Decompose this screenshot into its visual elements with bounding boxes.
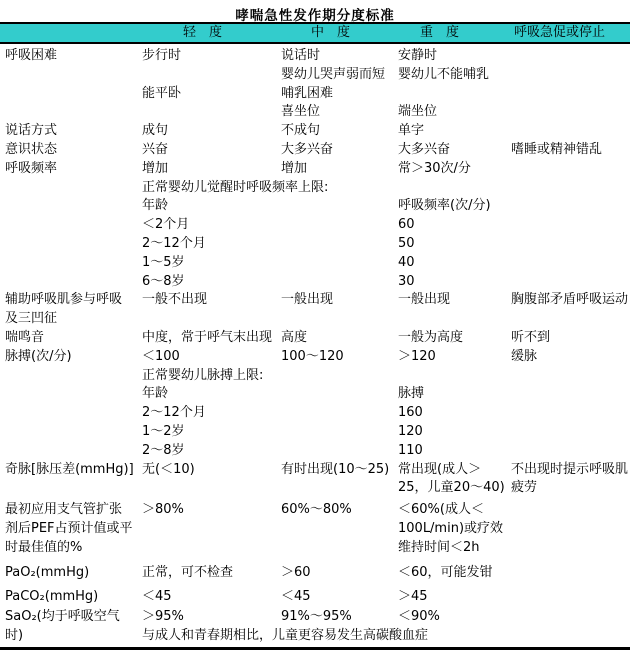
column-header-mild: 轻 度: [142, 23, 281, 43]
cell-line: ＜60%(成人＜: [398, 501, 511, 520]
table-cell: 增加正常婴幼儿觉醒时呼吸频率上限:年龄＜2个月2～12个月1～5岁6～8岁: [142, 160, 281, 292]
cell-line: 听不到: [511, 329, 630, 348]
table-row: 意识状态兴奋大多兴奋大多兴奋嗜睡或精神错乱: [0, 141, 630, 160]
table-row: 辅助呼吸肌参与呼吸及三凹征一般不出现一般出现一般出现胸腹部矛盾呼吸运动: [0, 291, 630, 329]
cell-line: 及三凹征: [5, 310, 142, 329]
table-cell: [511, 582, 630, 607]
table-cell: 单字: [398, 122, 511, 141]
cell-line: 2～12个月: [142, 235, 281, 254]
cell-line: ＜100: [142, 348, 281, 367]
table-cell: 一般不出现: [142, 291, 281, 329]
cell-line: 正常，可不检查: [142, 564, 281, 583]
cell-line: 奇脉[脉压差(mmHg)]: [5, 461, 142, 480]
cell-line: [398, 367, 511, 386]
cell-line: [398, 179, 511, 198]
table-cell: 有时出现(10～25): [281, 461, 398, 499]
cell-line: ＜45: [281, 588, 398, 607]
cell-line: 一般出现: [281, 291, 398, 310]
cell-line: 160: [398, 404, 511, 423]
cell-line: 一般不出现: [142, 291, 281, 310]
cell-line: 60%～80%: [281, 501, 398, 520]
cell-line: 120: [398, 423, 511, 442]
column-header-respiratory-arrest: 呼吸急促或停止: [511, 23, 630, 43]
table-cell: 常＞30次/分呼吸频率(次/分)60504030: [398, 160, 511, 292]
document-page: 哮喘急性发作期分度标准 轻 度 中 度 重 度 呼吸急促或停止 呼吸困难步行时能…: [0, 0, 630, 651]
column-header-moderate: 中 度: [281, 23, 398, 43]
row-label-cell: 喘鸣音: [0, 329, 142, 348]
cell-line: 年龄: [142, 197, 281, 216]
bottom-rule: [0, 647, 630, 650]
table-cell: ＞95%与成人和青春期相比，儿童更容易发生高碳酸血症: [142, 607, 281, 646]
table-cell: ＞45: [398, 582, 511, 607]
table-cell: 不出现时提示呼吸肌疲劳: [511, 461, 630, 499]
table-cell: 安静时婴幼儿不能哺乳端坐位: [398, 43, 511, 122]
cell-line: 意识状态: [5, 141, 142, 160]
table-row: 脉搏(次/分)＜100正常婴幼儿脉搏上限:年龄2～12个月1～2岁2～8岁100…: [0, 348, 630, 461]
cell-line: 能平卧: [142, 85, 281, 104]
cell-line: [142, 66, 281, 85]
table-cell: 中度，常于呼气末出现: [142, 329, 281, 348]
cell-line: 91%～95%: [281, 608, 398, 627]
table-cell: 高度: [281, 329, 398, 348]
cell-line: 1～5岁: [142, 254, 281, 273]
table-row: 呼吸频率增加正常婴幼儿觉醒时呼吸频率上限:年龄＜2个月2～12个月1～5岁6～8…: [0, 160, 630, 292]
cell-line: 单字: [398, 122, 511, 141]
row-label-cell: 最初应用支气管扩张剂后PEF占预计值或平时最佳值的%: [0, 498, 142, 557]
cell-line: 100L/min)或疗效: [398, 520, 511, 539]
table-cell: [511, 498, 630, 557]
table-cell: 一般出现: [398, 291, 511, 329]
cell-line: 大多兴奋: [281, 141, 398, 160]
table-cell: 大多兴奋: [281, 141, 398, 160]
cell-line: 常出现(成人＞: [398, 461, 511, 480]
cell-line: 喘鸣音: [5, 329, 142, 348]
table-cell: 成句: [142, 122, 281, 141]
cell-line: 40: [398, 254, 511, 273]
cell-line: 6～8岁: [142, 273, 281, 292]
table-cell: 大多兴奋: [398, 141, 511, 160]
cell-line: PaO₂(mmHg): [5, 564, 142, 583]
cell-line: 年龄: [142, 385, 281, 404]
table-cell: 听不到: [511, 329, 630, 348]
cell-line: 无(＜10): [142, 461, 281, 480]
cell-line: 端坐位: [398, 103, 511, 122]
table-row: PaO₂(mmHg)正常，可不检查＞60＜60，可能发钳: [0, 558, 630, 583]
cell-line: 婴幼儿哭声弱而短: [281, 66, 398, 85]
row-label-cell: 说话方式: [0, 122, 142, 141]
cell-line: 有时出现(10～25): [281, 461, 398, 480]
cell-line: 维持时间＜2h: [398, 539, 511, 558]
table-cell: [511, 43, 630, 122]
table-cell: 嗜睡或精神错乱: [511, 141, 630, 160]
cell-line: 2～8岁: [142, 442, 281, 461]
cell-line: 说话方式: [5, 122, 142, 141]
table-header-row: 轻 度 中 度 重 度 呼吸急促或停止: [0, 23, 630, 43]
cell-line: 最初应用支气管扩张: [5, 501, 142, 520]
cell-line: 不成句: [281, 122, 398, 141]
table-row: PaCO₂(mmHg)＜45＜45＞45: [0, 582, 630, 607]
table-cell: 不成句: [281, 122, 398, 141]
cell-line: 哺乳困难: [281, 85, 398, 104]
cell-line: 脉搏: [398, 385, 511, 404]
table-cell: 60%～80%: [281, 498, 398, 557]
row-label-cell: 辅助呼吸肌参与呼吸及三凹征: [0, 291, 142, 329]
cell-line: 正常婴幼儿觉醒时呼吸频率上限:: [142, 179, 281, 198]
cell-line: 呼吸频率: [5, 160, 142, 179]
table-cell: 兴奋: [142, 141, 281, 160]
cell-line: 高度: [281, 329, 398, 348]
row-label-cell: 意识状态: [0, 141, 142, 160]
table-cell: ＜45: [142, 582, 281, 607]
cell-line: 增加: [142, 160, 281, 179]
cell-line: 60: [398, 216, 511, 235]
cell-line: 100～120: [281, 348, 398, 367]
cell-line: 时最佳值的%: [5, 539, 142, 558]
table-row: 喘鸣音中度，常于呼气末出现高度一般为高度听不到: [0, 329, 630, 348]
cell-line: 中度，常于呼气末出现: [142, 329, 281, 348]
cell-line: PaCO₂(mmHg): [5, 588, 142, 607]
cell-line: 喜坐位: [281, 103, 398, 122]
table-row: 奇脉[脉压差(mmHg)]无(＜10)有时出现(10～25)常出现(成人＞25，…: [0, 461, 630, 499]
table-cell: ＜60，可能发钳: [398, 558, 511, 583]
grading-table: 轻 度 中 度 重 度 呼吸急促或停止 呼吸困难步行时能平卧说话时婴幼儿哭声弱而…: [0, 22, 630, 646]
cell-line: ＞60: [281, 564, 398, 583]
cell-line: 疲劳: [511, 479, 630, 498]
cell-line: 缓脉: [511, 348, 630, 367]
cell-line: [398, 85, 511, 104]
cell-line: 说话时: [281, 47, 398, 66]
cell-line: 步行时: [142, 47, 281, 66]
table-cell: ＞80%: [142, 498, 281, 557]
row-label-cell: 呼吸频率: [0, 160, 142, 292]
cell-line: ＜60，可能发钳: [398, 564, 511, 583]
cell-line: 呼吸困难: [5, 47, 142, 66]
cell-line: 不出现时提示呼吸肌: [511, 461, 630, 480]
cell-line: 110: [398, 442, 511, 461]
cell-line: 1～2岁: [142, 423, 281, 442]
cell-line: 增加: [281, 160, 398, 179]
cell-line: 25，儿童20～40): [398, 479, 511, 498]
cell-line: 与成人和青春期相比，儿童更容易发生高碳酸血症: [142, 627, 281, 646]
cell-line: 成句: [142, 122, 281, 141]
table-cell: ＜100正常婴幼儿脉搏上限:年龄2～12个月1～2岁2～8岁: [142, 348, 281, 461]
cell-line: ＜45: [142, 588, 281, 607]
table-cell: 无(＜10): [142, 461, 281, 499]
table-cell: 说话时婴幼儿哭声弱而短哺乳困难喜坐位: [281, 43, 398, 122]
cell-line: ＜2个月: [142, 216, 281, 235]
cell-line: 一般出现: [398, 291, 511, 310]
table-cell: 一般出现: [281, 291, 398, 329]
cell-line: 30: [398, 273, 511, 292]
cell-line: 一般为高度: [398, 329, 511, 348]
cell-line: 时): [5, 627, 142, 646]
table-cell: [511, 122, 630, 141]
table-cell: 100～120: [281, 348, 398, 461]
table-cell: ＞60: [281, 558, 398, 583]
table-cell: [511, 160, 630, 292]
cell-line: 兴奋: [142, 141, 281, 160]
table-cell: 正常，可不检查: [142, 558, 281, 583]
table-cell: [511, 607, 630, 646]
table-row: 说话方式成句不成句单字: [0, 122, 630, 141]
table-cell: ＞120脉搏160120110: [398, 348, 511, 461]
table-row: 最初应用支气管扩张剂后PEF占预计值或平时最佳值的%＞80%60%～80%＜60…: [0, 498, 630, 557]
column-header-parameter: [0, 23, 142, 43]
table-cell: 一般为高度: [398, 329, 511, 348]
table-row: 呼吸困难步行时能平卧说话时婴幼儿哭声弱而短哺乳困难喜坐位安静时婴幼儿不能哺乳端坐…: [0, 43, 630, 122]
row-label-cell: 奇脉[脉压差(mmHg)]: [0, 461, 142, 499]
cell-line: 呼吸频率(次/分): [398, 197, 511, 216]
table-cell: 常出现(成人＞25，儿童20～40): [398, 461, 511, 499]
cell-line: 辅助呼吸肌参与呼吸: [5, 291, 142, 310]
table-cell: ＜60%(成人＜100L/min)或疗效维持时间＜2h: [398, 498, 511, 557]
row-label-cell: 脉搏(次/分): [0, 348, 142, 461]
cell-line: 胸腹部矛盾呼吸运动: [511, 291, 630, 310]
cell-line: 正常婴幼儿脉搏上限:: [142, 367, 281, 386]
cell-line: 嗜睡或精神错乱: [511, 141, 630, 160]
cell-line: 常＞30次/分: [398, 160, 511, 179]
cell-line: 婴幼儿不能哺乳: [398, 66, 511, 85]
cell-line: ＞45: [398, 588, 511, 607]
table-cell: ＜45: [281, 582, 398, 607]
cell-line: ＞95%: [142, 608, 281, 627]
row-label-cell: PaCO₂(mmHg): [0, 582, 142, 607]
row-label-cell: 呼吸困难: [0, 43, 142, 122]
cell-line: 大多兴奋: [398, 141, 511, 160]
cell-line: 剂后PEF占预计值或平: [5, 520, 142, 539]
cell-line: SaO₂(均于呼吸空气: [5, 608, 142, 627]
cell-line: 脉搏(次/分): [5, 348, 142, 367]
cell-line: 安静时: [398, 47, 511, 66]
cell-line: ＞80%: [142, 501, 281, 520]
cell-line: 2～12个月: [142, 404, 281, 423]
cell-line: ＞120: [398, 348, 511, 367]
table-cell: 胸腹部矛盾呼吸运动: [511, 291, 630, 329]
page-title: 哮喘急性发作期分度标准: [0, 0, 630, 22]
cell-line: ＜90%: [398, 608, 511, 627]
cell-line: 50: [398, 235, 511, 254]
table-cell: [511, 558, 630, 583]
table-cell: 步行时能平卧: [142, 43, 281, 122]
row-label-cell: PaO₂(mmHg): [0, 558, 142, 583]
table-cell: 缓脉: [511, 348, 630, 461]
table-row: SaO₂(均于呼吸空气时)＞95%与成人和青春期相比，儿童更容易发生高碳酸血症9…: [0, 607, 630, 646]
row-label-cell: SaO₂(均于呼吸空气时): [0, 607, 142, 646]
column-header-severe: 重 度: [398, 23, 511, 43]
